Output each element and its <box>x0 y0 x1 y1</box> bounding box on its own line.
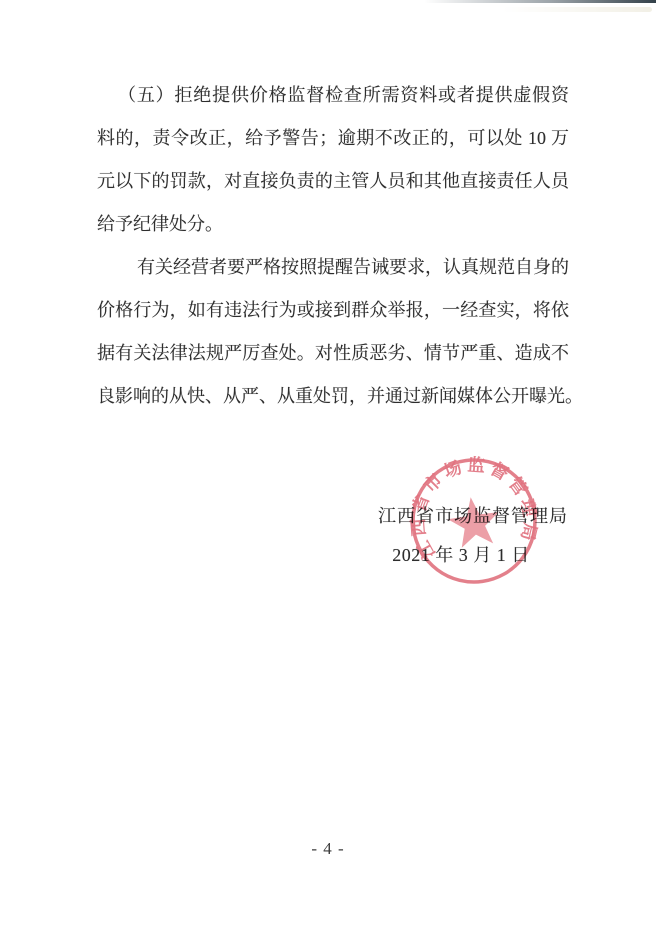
body-line: 价格行为，如有违法行为或接到群众举报，一经查实，将依 <box>97 289 569 332</box>
scanned-document-page: （五）拒绝提供价格监督检查所需资料或者提供虚假资 料的，责令改正，给予警告；逾期… <box>0 0 656 929</box>
body-line: （五）拒绝提供价格监督检查所需资料或者提供虚假资 <box>97 74 569 117</box>
body-line: 有关经营者要严格按照提醒告诫要求，认真规范自身的 <box>97 246 569 289</box>
body-line: 良影响的从快、从严、从重处罚，并通过新闻媒体公开曝光。 <box>97 375 569 418</box>
signature-date: 2021 年 3 月 1 日 <box>356 541 566 567</box>
document-body: （五）拒绝提供价格监督检查所需资料或者提供虚假资 料的，责令改正，给予警告；逾期… <box>97 74 569 418</box>
scan-artifact-smudge <box>502 7 652 12</box>
signature-org-name: 江西省市场监督管理局 <box>372 502 574 528</box>
page-number: - 4 - <box>0 839 656 859</box>
body-line: 料的，责令改正，给予警告；逾期不改正的，可以处 10 万 <box>97 117 569 160</box>
body-line: 给予纪律处分。 <box>97 203 569 246</box>
body-line: 元以下的罚款，对直接负责的主管人员和其他直接责任人员 <box>97 160 569 203</box>
scan-artifact-top-edge <box>424 0 656 3</box>
body-line: 据有关法律法规严厉查处。对性质恶劣、情节严重、造成不 <box>97 332 569 375</box>
